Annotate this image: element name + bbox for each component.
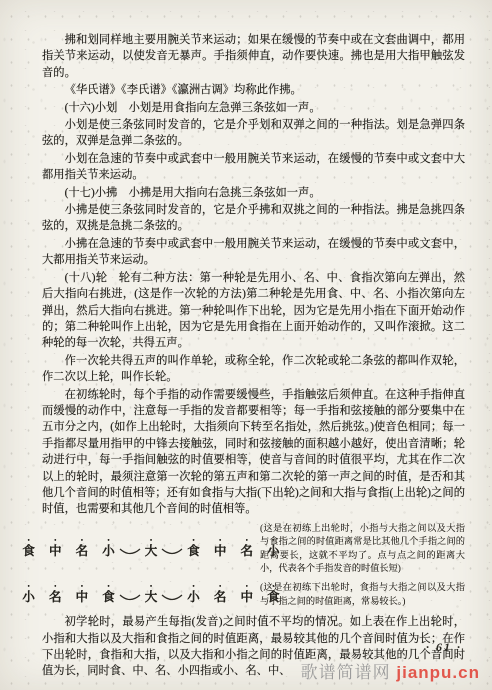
- paragraph: 小划在急速的节奏中或武套中一般用腕关节来运动，在缓慢的节奏中或文套中大都用指关节…: [42, 151, 465, 184]
- tie-curve-icon: [160, 547, 184, 556]
- section-heading-18-lun: (十八)轮 轮有二种方法：第一种轮是先用小、名、中、食指次第向左弹出，然后大指向…: [42, 270, 465, 352]
- paragraph: 作一次轮共得五声的叫作单轮，或称全轮，作二次轮或轮二条弦的都叫作双轮，作二次以上…: [42, 353, 465, 386]
- tie-curve-icon: [118, 593, 142, 602]
- paragraph: 小拂在急速的节奏中或武套中一般用腕关节来运动，在缓慢的节奏中或文套中，大都用指关…: [42, 236, 465, 269]
- scanned-book-page: 拂和划同样地主要用腕关节来运动；如果在缓慢的节奏中或在文套曲调中，都用指关节来运…: [0, 0, 492, 690]
- section-heading-17-xiaofu: (十七)小拂 小拂是用大指向右急挑三条弦如一声。: [42, 185, 465, 201]
- watermark: 歌谱简谱网 jianpu.cn: [301, 658, 480, 683]
- tie-curve-icon: [160, 593, 184, 602]
- fingering-diagram-down-stroke: 小 名 中 食 大 小 名 中 食: [42, 584, 260, 605]
- page-number: · 61 ·: [426, 640, 462, 655]
- paragraph: 小划是使三条弦同时发音的，它是介乎划和双弹之间的一种指法。划是急弹四条弦的，双弹…: [42, 117, 465, 150]
- diagram-note: (这是在初练上出轮时，小指与大指之间以及大指与食指之间的时值距离常是比其他几个手…: [260, 522, 465, 576]
- thumb-label: 大: [145, 538, 158, 559]
- watermark-site-url: jianpu.cn: [396, 663, 480, 682]
- finger-sequence-label: 食 中 名 小: [22, 538, 114, 559]
- fingering-diagram-up-stroke: 食 中 名 小 大 食 中 名 小: [42, 538, 260, 559]
- diagram-note: (这是在初练下出轮时，食指与大指之间以及大指与小指之间的时值距离，常易较长。): [260, 581, 465, 608]
- paragraph: 在初练轮时，每个手指的动作需要缓慢些，手指触弦后须伸直。在这种手指伸直而缓慢的动…: [42, 387, 465, 518]
- watermark-site-name: 歌谱简谱网: [301, 663, 391, 682]
- paragraph: 拂和划同样地主要用腕关节来运动；如果在缓慢的节奏中或在文套曲调中，都用指关节来运…: [42, 32, 465, 81]
- thumb-label: 大: [145, 584, 158, 605]
- fingering-diagrams-section: 食 中 名 小 大 食 中 名 小 (这是在初练上出轮时，小指与大指之间以及大指…: [42, 522, 465, 608]
- finger-sequence-label: 小 名 中 食: [22, 584, 114, 605]
- paragraph: 《华氏谱》《李氏谱》《瀛洲古调》均称此作拂。: [42, 82, 465, 98]
- section-heading-16-xiaohua: (十六)小划 小划是用食指向左急弹三条弦如一声。: [42, 100, 465, 116]
- diagram-row-shang-chu-lun: 食 中 名 小 大 食 中 名 小 (这是在初练上出轮时，小指与大指之间以及大指…: [42, 522, 465, 576]
- tie-curve-icon: [118, 547, 142, 556]
- diagram-row-xia-chu-lun: 小 名 中 食 大 小 名 中 食 (这是在初练下出轮时，食指与大指之间以及大指…: [42, 581, 465, 608]
- body-text: 拂和划同样地主要用腕关节来运动；如果在缓慢的节奏中或在文套曲调中，都用指关节来运…: [42, 32, 465, 681]
- paragraph: 小拂是使三条弦同时发音的，它是介乎拂和双挑之间的一种指法。拂是急挑四条弦的，双挑…: [42, 202, 465, 235]
